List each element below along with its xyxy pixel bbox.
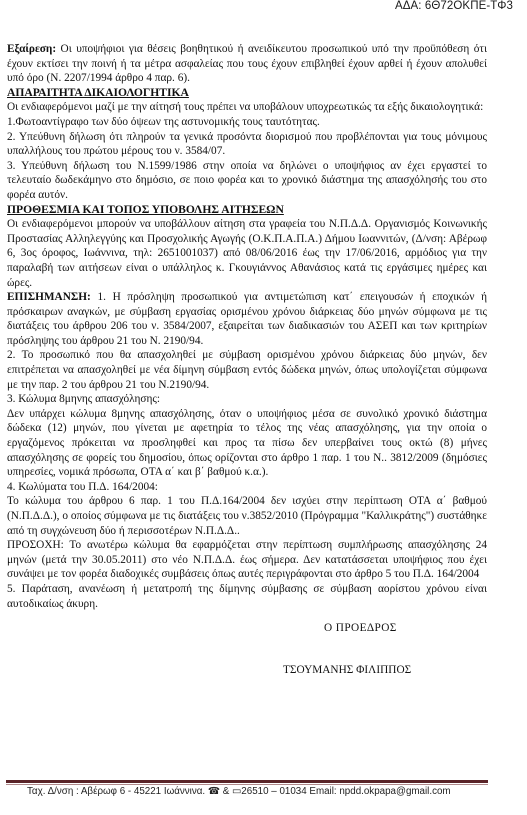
- exception-paragraph: Εξαίρεση: Οι υποψήφιοι για θέσεις βοηθητ…: [7, 42, 487, 86]
- footer-divider: [6, 780, 488, 783]
- note-paragraph-1: ΕΠΙΣΗΜΑΝΣΗ: 1. Η πρόσληψη προσωπικού για…: [7, 290, 487, 348]
- exception-label: Εξαίρεση:: [7, 43, 56, 55]
- required-document-item: 2. Υπεύθυνη δήλωση ότι πληρούν τα γενικά…: [7, 130, 487, 159]
- deadline-heading: ΠΡΟΘΕΣΜΙΑ ΚΑΙ ΤΟΠΟΣ ΥΠΟΒΟΛΗΣ ΑΙΤΗΣΕΩΝ: [7, 203, 487, 218]
- required-documents-intro: Οι ενδιαφερόμενοι μαζί με την αίτησή του…: [7, 100, 487, 115]
- note-label: ΕΠΙΣΗΜΑΝΣΗ:: [7, 291, 91, 303]
- exception-text: Οι υποψήφιοι για θέσεις βοηθητικού ή ανε…: [7, 43, 487, 84]
- note-paragraph-2: 2. Το προσωπικό που θα απασχοληθεί με σύ…: [7, 348, 487, 392]
- note-4-text: Το κώλυμα του άρθρου 6 παρ. 1 του Π.Δ.16…: [7, 494, 487, 538]
- required-document-item: 3. Υπεύθυνη δήλωση του Ν.1599/1986 στην …: [7, 159, 487, 203]
- note-5: 5. Παράταση, ανανέωση ή μετατροπή της δί…: [7, 582, 487, 611]
- footer-divider-thin: [6, 784, 488, 785]
- footer-address: Ταχ. Δ/νση : Αβέρωφ 6 - 45221 Ιωάννινα. …: [27, 786, 451, 797]
- required-document-item: 1.Φωτοαντίγραφο των δύο όψεων της αστυνο…: [7, 115, 487, 130]
- note-3-text: Δεν υπάρχει κώλυμα 8μηνης απασχόλησης, ό…: [7, 407, 487, 480]
- signature-title: Ο ΠΡΟΕΔΡΟΣ: [324, 622, 397, 634]
- document-body: Εξαίρεση: Οι υποψήφιοι για θέσεις βοηθητ…: [7, 42, 487, 611]
- deadline-text: Οι ενδιαφερόμενοι μπορούν να υποβάλλουν …: [7, 217, 487, 290]
- ada-code: ΑΔΑ: 6Θ72ΟΚΠΕ-ΤΦ3: [395, 0, 513, 12]
- note-4-title: 4. Κωλύματα του Π.Δ. 164/2004:: [7, 480, 487, 495]
- note-4-attention: ΠΡΟΣΟΧΗ: Το ανωτέρω κώλυμα θα εφαρμόζετα…: [7, 538, 487, 582]
- note-3-title: 3. Κώλυμα 8μηνης απασχόλησης:: [7, 392, 487, 407]
- required-documents-heading: ΑΠΑΡΑΙΤΗΤΑ ΔΙΚΑΙΟΛΟΓΗΤΙΚΑ: [7, 86, 487, 101]
- signature-name: ΤΣΟΥΜΑΝΗΣ ΦΙΛΙΠΠΟΣ: [283, 664, 411, 676]
